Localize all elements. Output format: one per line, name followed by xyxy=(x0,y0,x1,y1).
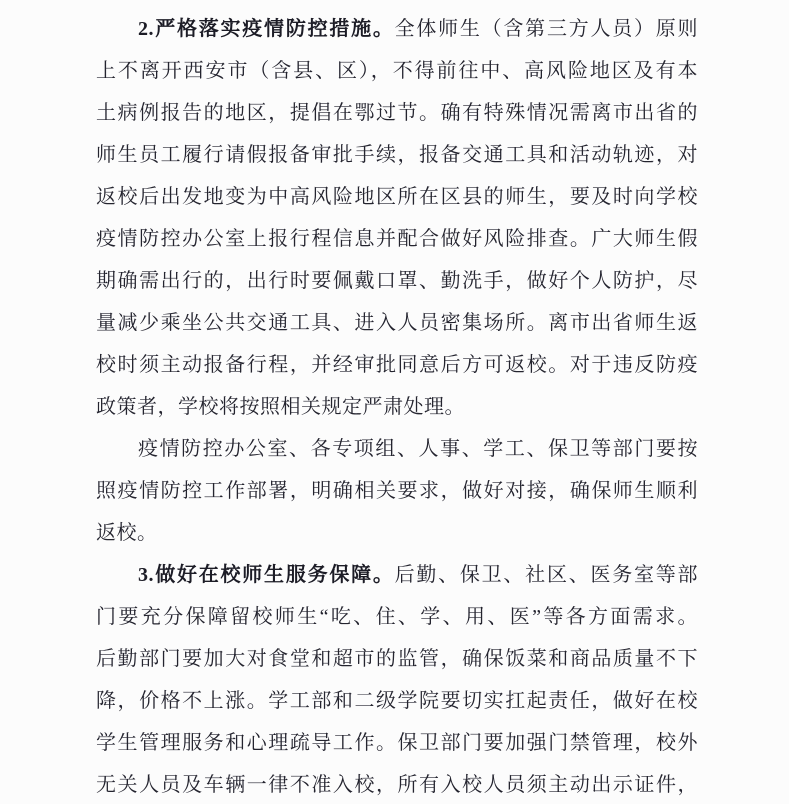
text-line: 无关人员及车辆一律不准入校，所有入校人员须主动出示证件， xyxy=(96,764,698,804)
text-segment: 照疫情防控工作部署，明确相关要求，做好对接，确保师生顺利 xyxy=(96,480,698,502)
text-segment: 上不离开西安市（含县、区），不得前往中、高风险地区及有本 xyxy=(96,60,698,82)
text-segment: 期确需出行的，出行时要佩戴口罩、勤洗手，做好个人防护，尽 xyxy=(96,270,698,292)
text-segment: 后勤、保卫、社区、医务室等部 xyxy=(395,564,698,586)
text-line: 师生员工履行请假报备审批手续，报备交通工具和活动轨迹，对 xyxy=(96,134,698,176)
para-epidemic-control-measures: 2.严格落实疫情防控措施。全体师生（含第三方人员）原则上不离开西安市（含县、区）… xyxy=(96,8,698,428)
text-line: 2.严格落实疫情防控措施。全体师生（含第三方人员）原则 xyxy=(96,8,698,50)
text-segment: 土病例报告的地区，提倡在鄂过节。确有特殊情况需离市出省的 xyxy=(96,102,698,124)
document-page: 2.严格落实疫情防控措施。全体师生（含第三方人员）原则上不离开西安市（含县、区）… xyxy=(0,0,789,804)
text-line: 返校。 xyxy=(96,512,698,554)
para-department-coordination: 疫情防控办公室、各专项组、人事、学工、保卫等部门要按照疫情防控工作部署，明确相关… xyxy=(96,428,698,554)
text-line: 上不离开西安市（含县、区），不得前往中、高风险地区及有本 xyxy=(96,50,698,92)
text-line: 后勤部门要加大对食堂和超市的监管，确保饭菜和商品质量不下 xyxy=(96,638,698,680)
text-segment: 后勤部门要加大对食堂和超市的监管，确保饭菜和商品质量不下 xyxy=(96,648,698,670)
para-campus-service-guarantee: 3.做好在校师生服务保障。后勤、保卫、社区、医务室等部门要充分保障留校师生“吃、… xyxy=(96,554,698,804)
text-segment: 疫情防控办公室、各专项组、人事、学工、保卫等部门要按 xyxy=(138,438,698,460)
text-line: 学生管理服务和心理疏导工作。保卫部门要加强门禁管理，校外 xyxy=(96,722,698,764)
text-line: 期确需出行的，出行时要佩戴口罩、勤洗手，做好个人防护，尽 xyxy=(96,260,698,302)
text-line: 校时须主动报备行程，并经审批同意后方可返校。对于违反防疫 xyxy=(96,344,698,386)
text-segment: 学生管理服务和心理疏导工作。保卫部门要加强门禁管理，校外 xyxy=(96,732,698,754)
text-line: 门要充分保障留校师生“吃、住、学、用、医”等各方面需求。 xyxy=(96,596,698,638)
text-segment: 返校。 xyxy=(96,522,158,544)
text-line: 返校后出发地变为中高风险地区所在区县的师生，要及时向学校 xyxy=(96,176,698,218)
bold-heading-segment: 2.严格落实疫情防控措施。 xyxy=(138,18,395,40)
text-line: 照疫情防控工作部署，明确相关要求，做好对接，确保师生顺利 xyxy=(96,470,698,512)
text-line: 3.做好在校师生服务保障。后勤、保卫、社区、医务室等部 xyxy=(96,554,698,596)
text-line: 疫情防控办公室上报行程信息并配合做好风险排查。广大师生假 xyxy=(96,218,698,260)
text-segment: 全体师生（含第三方人员）原则 xyxy=(395,18,698,40)
bold-heading-segment: 3.做好在校师生服务保障。 xyxy=(138,564,395,586)
text-segment: 返校后出发地变为中高风险地区所在区县的师生，要及时向学校 xyxy=(96,186,698,208)
text-line: 降，价格不上涨。学工部和二级学院要切实扛起责任，做好在校 xyxy=(96,680,698,722)
text-line: 政策者，学校将按照相关规定严肃处理。 xyxy=(96,386,698,428)
document-text-column: 2.严格落实疫情防控措施。全体师生（含第三方人员）原则上不离开西安市（含县、区）… xyxy=(96,8,698,804)
text-segment: 师生员工履行请假报备审批手续，报备交通工具和活动轨迹，对 xyxy=(96,144,698,166)
text-line: 土病例报告的地区，提倡在鄂过节。确有特殊情况需离市出省的 xyxy=(96,92,698,134)
text-line: 疫情防控办公室、各专项组、人事、学工、保卫等部门要按 xyxy=(96,428,698,470)
text-segment: 门要充分保障留校师生“吃、住、学、用、医”等各方面需求。 xyxy=(96,606,698,628)
text-segment: 疫情防控办公室上报行程信息并配合做好风险排查。广大师生假 xyxy=(96,228,698,250)
text-segment: 量减少乘坐公共交通工具、进入人员密集场所。离市出省师生返 xyxy=(96,312,698,334)
text-segment: 校时须主动报备行程，并经审批同意后方可返校。对于违反防疫 xyxy=(96,354,698,376)
text-segment: 降，价格不上涨。学工部和二级学院要切实扛起责任，做好在校 xyxy=(96,690,698,712)
text-segment: 政策者，学校将按照相关规定严肃处理。 xyxy=(96,396,465,418)
text-line: 量减少乘坐公共交通工具、进入人员密集场所。离市出省师生返 xyxy=(96,302,698,344)
text-segment: 无关人员及车辆一律不准入校，所有入校人员须主动出示证件， xyxy=(96,774,698,796)
